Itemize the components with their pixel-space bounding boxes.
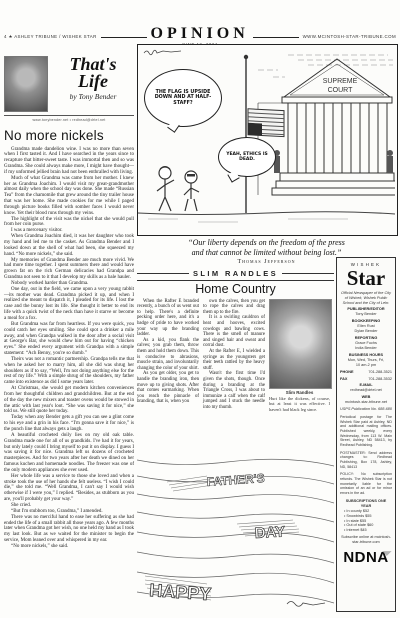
cartoon-figures <box>157 167 199 212</box>
thats-life-column: That's Life by Tony Bender www.tonybende… <box>4 56 134 550</box>
word-day: DAY <box>254 523 285 542</box>
thats-life-title-block: That's Life by Tony Bender <box>52 56 134 112</box>
email-address: redhead@drtel.net <box>340 388 392 393</box>
kicker-text: SLIM RANDLES <box>193 269 278 278</box>
article-headline: No more nickels <box>4 128 134 143</box>
word-happy: HAPPY <box>149 580 212 604</box>
cartoonist-signature <box>144 50 181 55</box>
fathers-day-cartoon: FATHER'S DAY HAPPY <box>137 446 334 612</box>
website-url: WWW.MCINTOSH-STAR-TRIBUNE.COM <box>303 34 396 39</box>
home-country-photo-column: Slim Randles Hurt like the dickens, of c… <box>269 299 330 412</box>
fathers-day-drawing: FATHER'S DAY HAPPY <box>137 446 334 612</box>
home-country-title: Home Country <box>137 282 334 296</box>
official-newspaper-text: Official Newspaper of the City of Wishek… <box>340 291 392 306</box>
fax-number: 701-288-3532 <box>368 377 392 382</box>
staff-name: India Bender <box>340 346 392 351</box>
court-label: COURT <box>328 87 353 94</box>
editorial-cartoon: THE FLAG IS UPSIDE DOWN AND AT HALF-STAF… <box>137 44 398 236</box>
staff-name: Dylan Bender <box>340 329 392 334</box>
building-label: SUPREME COURT <box>290 65 390 101</box>
section-title: OPINION <box>151 26 249 42</box>
speech-bubble-flag: THE FLAG IS UPSIDE DOWN AND AT HALF-STAF… <box>144 69 222 127</box>
business-hours-days: Mon, Wed, Thurs, Fri, <box>340 358 392 363</box>
home-country-section: SLIM RANDLES Home Country When the Rafte… <box>137 269 334 412</box>
slim-randles-photo <box>269 299 332 389</box>
author-contact-line: www.tonybender.net • redhead@drtel.net <box>4 115 134 122</box>
fax-label: FAX <box>340 377 347 382</box>
photo-caption-text: Hurt like the dickens, of course, but at… <box>269 396 330 412</box>
home-country-body: When the Rafter E branded recently, a bu… <box>137 299 334 412</box>
wishek-star-masthead-box: WISHEK Star Official Newspaper of the Ci… <box>336 257 396 612</box>
tony-bender-photo <box>4 56 48 112</box>
banner-rule-left <box>101 37 147 38</box>
banner-rule-right <box>253 37 299 38</box>
star-icon: ★ <box>8 34 12 39</box>
photo-caption-name: Slim Randles <box>269 390 330 395</box>
masthead-star: Star <box>340 268 392 289</box>
home-country-kicker: SLIM RANDLES <box>137 269 334 278</box>
column-byline: by Tony Bender <box>52 92 134 101</box>
ndna-text: NDNA <box>343 549 388 566</box>
periodical-postage-text: Periodical postage for The Wishek Star p… <box>340 415 392 448</box>
fax-row: FAX 701-288-3532 <box>340 377 392 382</box>
speech-bubble-flag-text: THE FLAG IS UPSIDE DOWN AND AT HALF-STAF… <box>150 90 216 107</box>
speech-bubble-ethics: YEAH, ETHICS IS DEAD. <box>218 137 276 177</box>
postmaster-text: POSTMASTER: Send address changes to: Red… <box>340 451 392 470</box>
cartoonist-signature <box>287 602 325 607</box>
phone-row: PHONE 701-288-3521 <box>340 370 392 375</box>
article-body: Grandma made dandelion wine. I was no mo… <box>4 147 134 550</box>
home-country-col1: When the Rafter E branded recently, a bu… <box>137 299 199 412</box>
publication-name: ASHLEY TRIBUNE / WISHEK STAR <box>14 34 96 39</box>
staff-name: Tony Bender <box>340 312 392 317</box>
banner-left: 4 ★ ASHLEY TRIBUNE / WISHEK STAR <box>4 34 97 40</box>
word-fathers: FATHER'S <box>206 471 265 489</box>
subscriptions-title: SUBSCRIPTIONS ONE YEAR <box>340 499 392 509</box>
usps-number: USPS Publication No. 688-680 <box>340 407 392 412</box>
ground-hatching <box>148 219 348 222</box>
newspaper-opinion-page: 4 ★ ASHLEY TRIBUNE / WISHEK STAR OPINION… <box>0 0 400 618</box>
speech-bubble-ethics-text: YEAH, ETHICS IS DEAD. <box>224 152 270 162</box>
subscribe-online-text: Subscribe online at mcintosh-star-tribun… <box>340 535 392 545</box>
policy-text: POLICY: No subscription refunds. The Wis… <box>340 472 392 495</box>
upside-down-flag-half-staff <box>244 55 284 213</box>
phone-label: PHONE <box>340 370 354 375</box>
thats-life-masthead: That's Life by Tony Bender <box>4 56 134 112</box>
business-hours-time: 10 am-2 pm <box>340 363 392 368</box>
supreme-label: SUPREME <box>323 78 358 85</box>
ground-line <box>138 212 395 215</box>
page-number: 4 <box>4 34 7 39</box>
subscription-rates: • In county $52• Snowbirds $55• In state… <box>340 509 392 534</box>
kicker-rule <box>137 280 334 281</box>
web-address: mcintosh-star-tribune.net <box>340 400 392 405</box>
quote-line1: “Our liberty depends on the freedom of t… <box>137 238 396 248</box>
column-title-line2: Life <box>52 73 134 90</box>
home-country-col2: own the calves, then you get to rope the… <box>203 299 265 412</box>
phone-number: 701-288-3521 <box>368 370 392 375</box>
ndna-logo: NDNA <box>340 550 392 565</box>
